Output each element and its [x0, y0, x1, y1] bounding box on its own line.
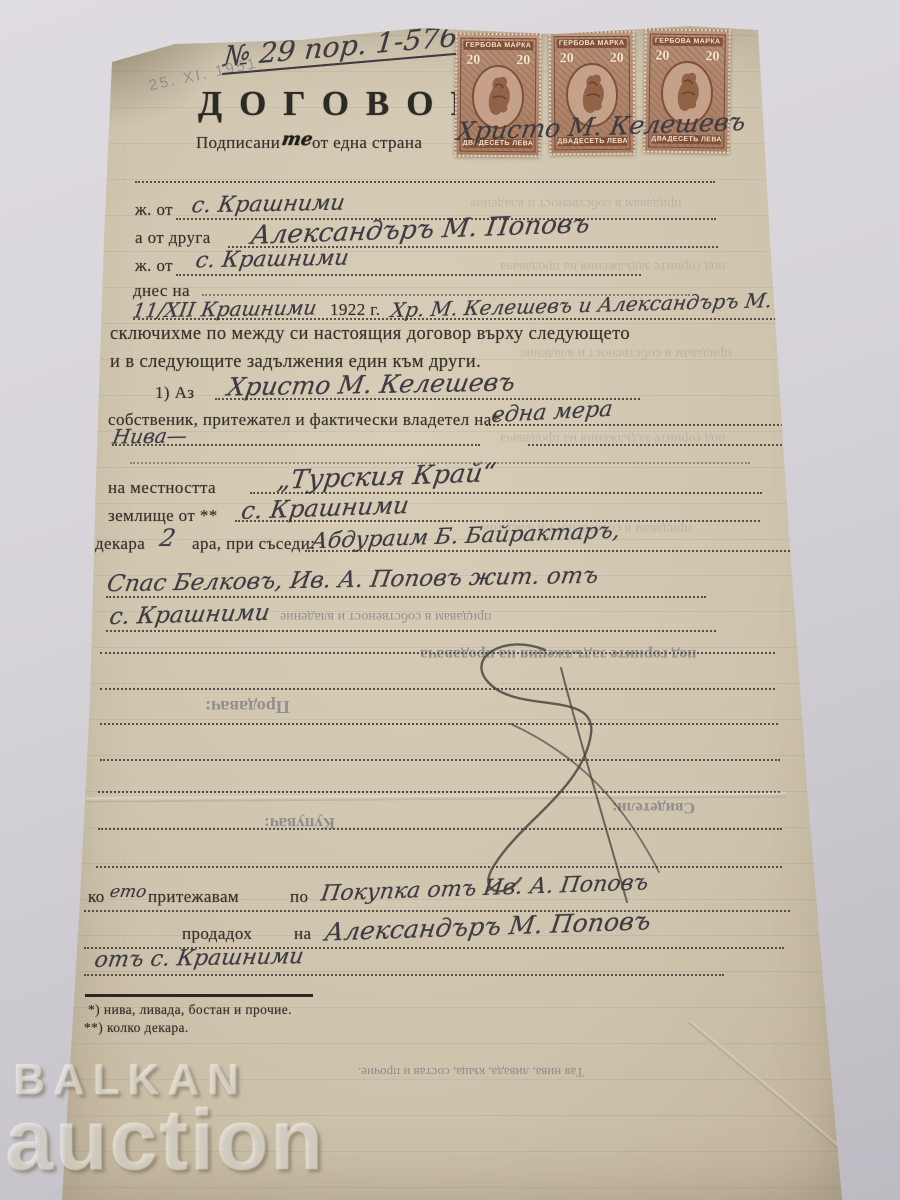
neighbors-handwriting-3: с. Крашними — [108, 600, 272, 630]
neighbors-handwriting-1: Абдураим Б. Байрактаръ, — [309, 519, 621, 555]
footnote-2: **) колко декара. — [84, 1020, 189, 1036]
clause-intro-line1: сключихме по между си настоящия договор … — [110, 324, 630, 345]
show-through-text: Продавач: — [205, 696, 290, 717]
neighbors-handwriting-2: Спас Белковъ, Ив. А. Поповъ жит. отъ — [105, 563, 600, 598]
show-through-text: придавам в собственост и владение — [280, 608, 492, 624]
clause1-label: 1) Аз — [155, 383, 194, 403]
decares-handwriting: 2 — [158, 524, 178, 552]
locality-label: на местността — [108, 478, 216, 498]
ruled-fill-line — [486, 424, 786, 426]
residence1-label: ж. от — [135, 200, 173, 220]
possess-by-label: по — [290, 887, 308, 907]
show-through-text: Тая нива, ливада, къща, состав и прочие. — [358, 1064, 584, 1080]
show-through-text: Купувач: — [264, 813, 335, 833]
buyer-residence-handwriting: отъ с. Крашними — [93, 944, 306, 973]
sold-to-label: на — [294, 924, 311, 944]
possess-insert-handwriting: ето — [108, 882, 148, 902]
ruled-fill-line — [135, 181, 715, 183]
ruled-fill-line — [176, 274, 641, 276]
ref-number-handwriting: № 29 пор. 1-576 — [222, 20, 459, 73]
year-label: 1922 г. — [330, 300, 380, 320]
subscribed-label-rest: от една страна — [312, 133, 422, 153]
show-through-texture: придавам в собственост и владение — [520, 345, 732, 361]
show-through-texture: придавам в собственост и владение — [470, 195, 682, 211]
ruled-fill-line — [106, 596, 706, 598]
party2-residence-handwriting: с. Крашними — [194, 246, 351, 274]
photo-background: придавам в собственост и владение под го… — [0, 0, 900, 1200]
document-paper: придавам в собственост и владение под го… — [0, 0, 900, 1200]
footnote-separator — [85, 994, 313, 997]
document-title: ДОГОВОР — [198, 84, 489, 124]
locality-handwriting: „Турския Край“ — [275, 458, 498, 496]
stamp-header-label: ГЕРБОВА МАРКА — [557, 39, 627, 48]
subscribed-correction-handwriting: те — [280, 129, 314, 150]
land-label: землище от ** — [108, 506, 218, 526]
subscribed-label: Подписани — [196, 133, 280, 153]
signature-flourish — [355, 628, 695, 908]
clause1-name-handwriting: Христо М. Келешевъ — [225, 368, 517, 402]
ruled-fill-line — [133, 318, 788, 320]
watermark-auction: auction — [6, 1092, 326, 1191]
buyer-name-handwriting: Александъръ М. Поповъ — [323, 906, 653, 946]
possess-prefix-label: ко — [88, 887, 105, 907]
ara-neighbors-label: ара, при съседи: — [192, 534, 315, 554]
ruled-fill-line — [112, 444, 480, 446]
fold-crease — [688, 1020, 882, 1184]
ruled-fill-line — [84, 910, 790, 912]
parties-names-handwriting: Хр. М. Келешевъ и Александъръ М. Поповъ — [389, 286, 860, 322]
residence2-label: ж. от — [135, 256, 173, 276]
sold-label: продадох — [182, 924, 252, 944]
ruled-fill-line — [528, 444, 786, 446]
show-through-texture: под горните задължения на продавача — [500, 258, 726, 274]
stamp-header-label: ГЕРБОВА МАРКА — [653, 37, 723, 47]
party2-label: а от друга — [135, 228, 211, 248]
footnote-1: *) нива, ливада, бостан и прочие. — [88, 1002, 292, 1018]
stamp-header-label: ГЕРБОВА МАРКА — [463, 41, 533, 51]
decares-label: декара — [95, 534, 145, 554]
ruled-fill-line — [84, 974, 724, 976]
party1-residence-handwriting: с. Крашними — [190, 191, 347, 219]
ruled-fill-line — [305, 550, 790, 552]
ruled-fill-line — [235, 520, 760, 522]
possess-label: притежавам — [148, 887, 239, 907]
